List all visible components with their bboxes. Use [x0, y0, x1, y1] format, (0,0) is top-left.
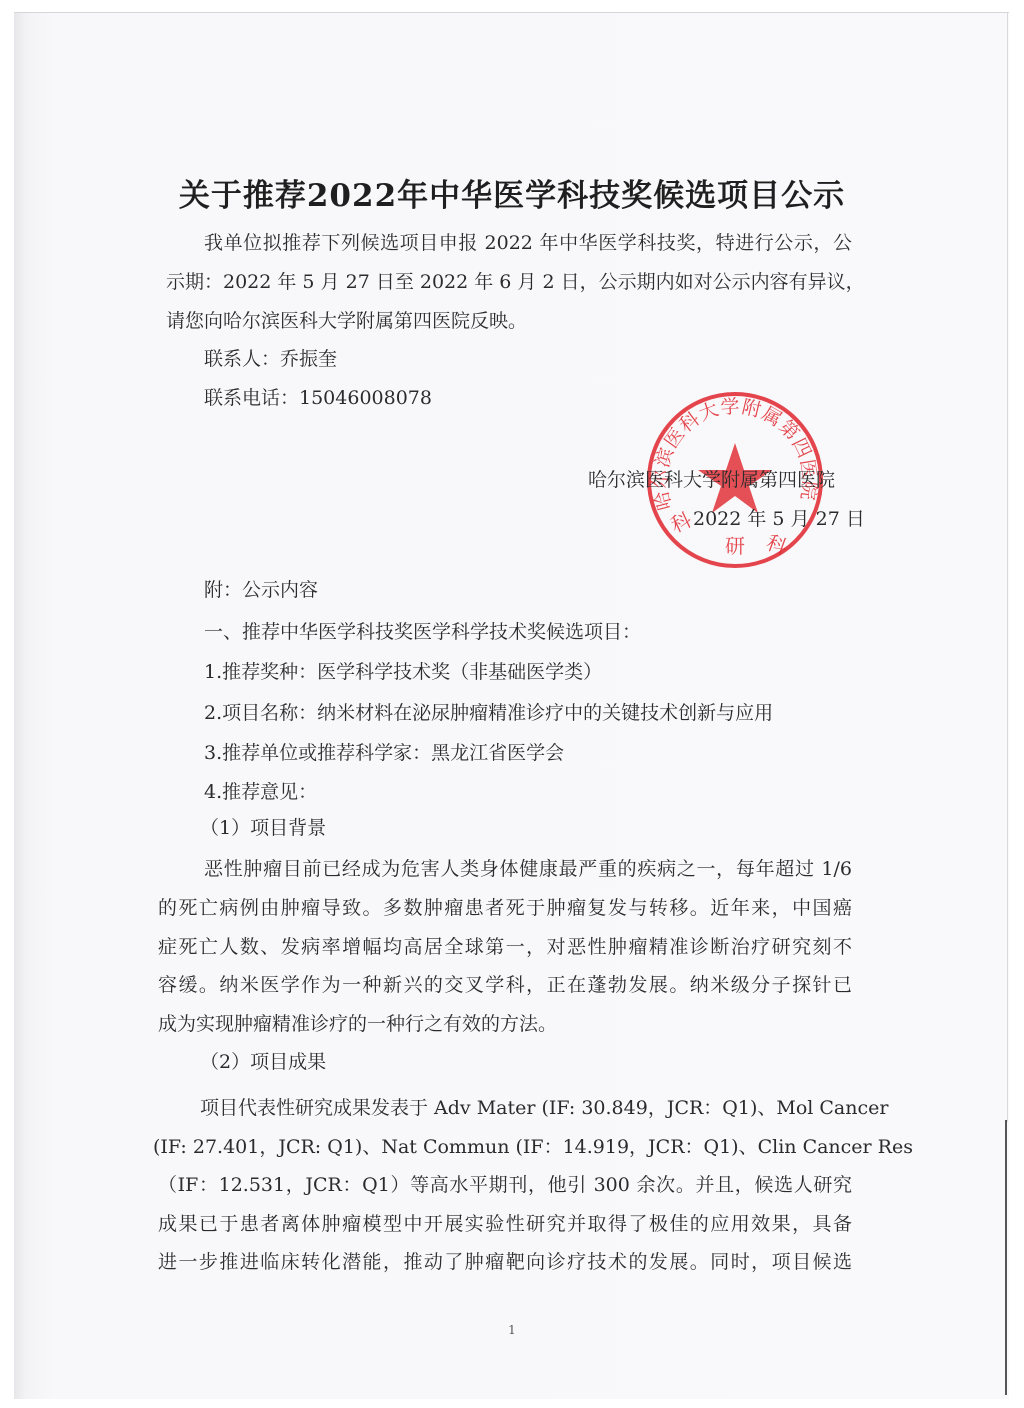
sub-heading-results: （2）项目成果	[200, 1050, 326, 1074]
background-line-4: 容缓。纳米医学作为一种新兴的交叉学科，正在蓬勃发展。纳米级分子探针已	[158, 973, 852, 997]
svg-text:研: 研	[725, 534, 745, 558]
contact-phone: 联系电话：15046008078	[204, 386, 432, 410]
item-recommendation: 4.推荐意见：	[204, 780, 317, 804]
page-number: 1	[0, 1323, 1024, 1337]
background-line-2: 的死亡病例由肿瘤导致。多数肿瘤患者死于肿瘤复发与转移。近年来，中国癌	[158, 896, 852, 920]
background-line-3: 症死亡人数、发病率增幅均高居全球第一，对恶性肿瘤精准诊断治疗研究刻不	[158, 935, 852, 959]
item-recommender: 3.推荐单位或推荐科学家：黑龙江省医学会	[204, 741, 564, 765]
svg-text:科: 科	[763, 530, 790, 559]
section-1-heading: 一、推荐中华医学科技奖医学科学技术奖候选项目：	[204, 620, 641, 644]
item-award-type: 1.推荐奖种：医学科学技术奖（非基础医学类）	[204, 660, 602, 684]
sub-heading-background: （1）项目背景	[200, 816, 326, 840]
document-title: 关于推荐2022年中华医学科技奖候选项目公示	[0, 170, 1024, 215]
results-line-1: 项目代表性研究成果发表于 Adv Mater (IF: 30.849，JCR：Q…	[200, 1096, 852, 1120]
intro-line-3: 请您向哈尔滨医科大学附属第四医院反映。	[166, 309, 527, 333]
intro-line-2: 示期：2022 年 5 月 27 日至 2022 年 6 月 2 日，公示期内如…	[166, 270, 852, 294]
background-line-1: 恶性肿瘤目前已经成为危害人类身体健康最严重的疾病之一，每年超过 1/6	[204, 857, 852, 881]
attachment-label: 附：公示内容	[204, 578, 318, 602]
item-project-name: 2.项目名称：纳米材料在泌尿肿瘤精准诊疗中的关键技术创新与应用	[204, 701, 773, 725]
signature-org: 哈尔滨医科大学附属第四医院	[588, 468, 835, 492]
results-line-5: 进一步推进临床转化潜能，推动了肿瘤靶向诊疗技术的发展。同时，项目候选	[158, 1250, 852, 1274]
results-line-4: 成果已于患者离体肿瘤模型中开展实验性研究并取得了极佳的应用效果，具备	[158, 1212, 852, 1236]
page-edge-shadow	[1005, 1120, 1007, 1395]
svg-text:科: 科	[667, 507, 695, 537]
intro-line-1: 我单位拟推荐下列候选项目申报 2022 年中华医学科技奖，特进行公示，公	[204, 231, 852, 255]
results-line-2: (IF: 27.401，JCR: Q1)、Nat Commun (IF：14.9…	[153, 1135, 852, 1159]
contact-person: 联系人：乔振奎	[204, 347, 337, 371]
signature-date: 2022 年 5 月 27 日	[693, 507, 865, 531]
results-line-3: （IF：12.531，JCR：Q1）等高水平期刊，他引 300 余次。并且，候选…	[158, 1173, 852, 1197]
background-line-5: 成为实现肿瘤精准诊疗的一种行之有效的方法。	[158, 1012, 557, 1036]
